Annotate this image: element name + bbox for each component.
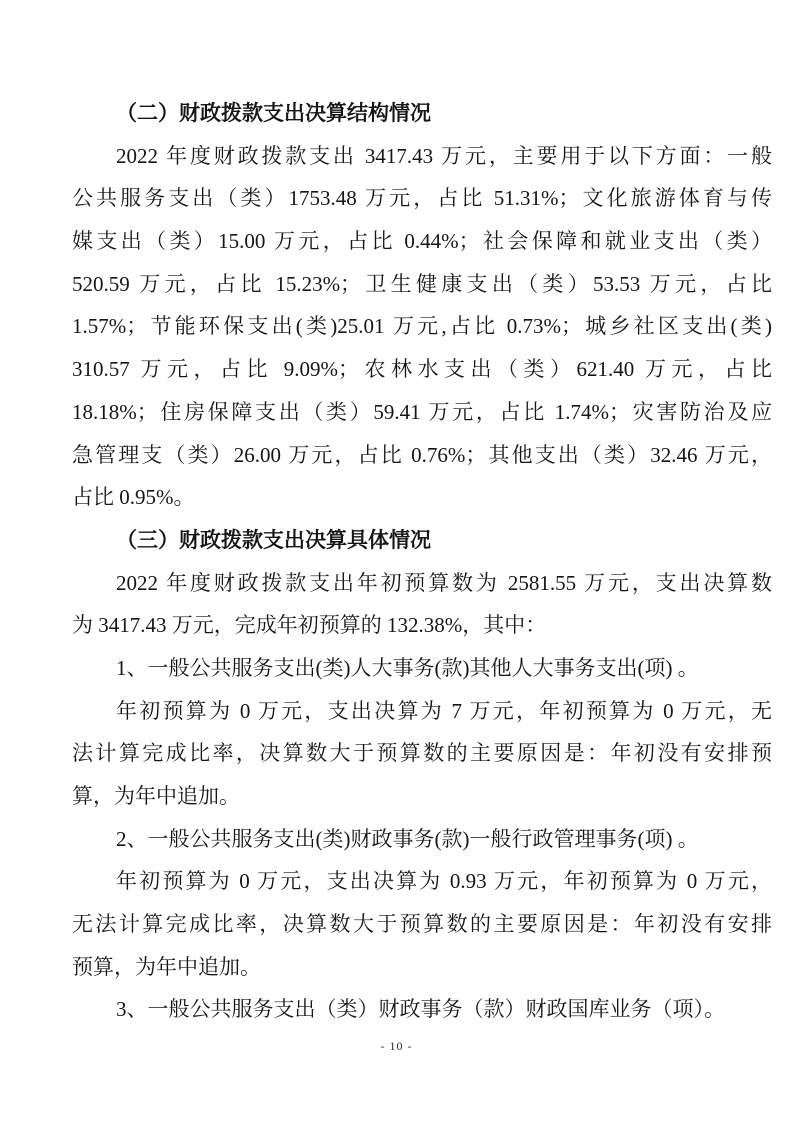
- body-line: 急管理支（类）26.00 万元，占比 0.76%；其他支出（类）32.46 万元…: [72, 434, 772, 477]
- section-2-heading: （二）财政拨款支出决算结构情况: [72, 92, 772, 135]
- body-line: 占比 0.95%。: [72, 476, 772, 519]
- body-line: 媒支出（类）15.00 万元，占比 0.44%；社会保障和就业支出（类）: [72, 220, 772, 263]
- body-line: 公共服务支出（类）1753.48 万元，占比 51.31%；文化旅游体育与传: [72, 177, 772, 220]
- document-page: （二）财政拨款支出决算结构情况 2022 年度财政拨款支出 3417.43 万元…: [0, 0, 793, 1122]
- body-line: 520.59 万元，占比 15.23%；卫生健康支出（类）53.53 万元，占比: [72, 263, 772, 306]
- body-line: 2022 年度财政拨款支出年初预算数为 2581.55 万元，支出决算数: [72, 562, 772, 605]
- body-line: 年初预算为 0 万元，支出决算为 0.93 万元，年初预算为 0 万元，: [72, 860, 772, 903]
- body-line: 18.18%；住房保障支出（类）59.41 万元，占比 1.74%；灾害防治及应: [72, 391, 772, 434]
- body-line: 310.57 万元，占比 9.09%；农林水支出（类）621.40 万元，占比: [72, 348, 772, 391]
- page-number: - 10 -: [0, 1038, 793, 1054]
- body-line: 法计算完成比率，决算数大于预算数的主要原因是：年初没有安排预: [72, 732, 772, 775]
- body-line: 2、一般公共服务支出(类)财政事务(款)一般行政管理事务(项) 。: [72, 818, 772, 861]
- body-line: 1.57%；节能环保支出(类)25.01 万元,占比 0.73%；城乡社区支出(…: [72, 305, 772, 348]
- body-line: 2022 年度财政拨款支出 3417.43 万元，主要用于以下方面：一般: [72, 135, 772, 178]
- body-line: 1、一般公共服务支出(类)人大事务(款)其他人大事务支出(项) 。: [72, 647, 772, 690]
- section-3-heading: （三）财政拨款支出决算具体情况: [72, 519, 772, 562]
- body-line: 预算，为年中追加。: [72, 946, 772, 989]
- body-line: 3、一般公共服务支出（类）财政事务（款）财政国库业务（项）。: [72, 988, 772, 1031]
- body-line: 算，为年中追加。: [72, 775, 772, 818]
- document-body: （二）财政拨款支出决算结构情况 2022 年度财政拨款支出 3417.43 万元…: [72, 92, 772, 1031]
- body-line: 年初预算为 0 万元，支出决算为 7 万元，年初预算为 0 万元，无: [72, 690, 772, 733]
- body-line: 无法计算完成比率，决算数大于预算数的主要原因是：年初没有安排: [72, 903, 772, 946]
- body-line: 为 3417.43 万元，完成年初预算的 132.38%，其中：: [72, 604, 772, 647]
